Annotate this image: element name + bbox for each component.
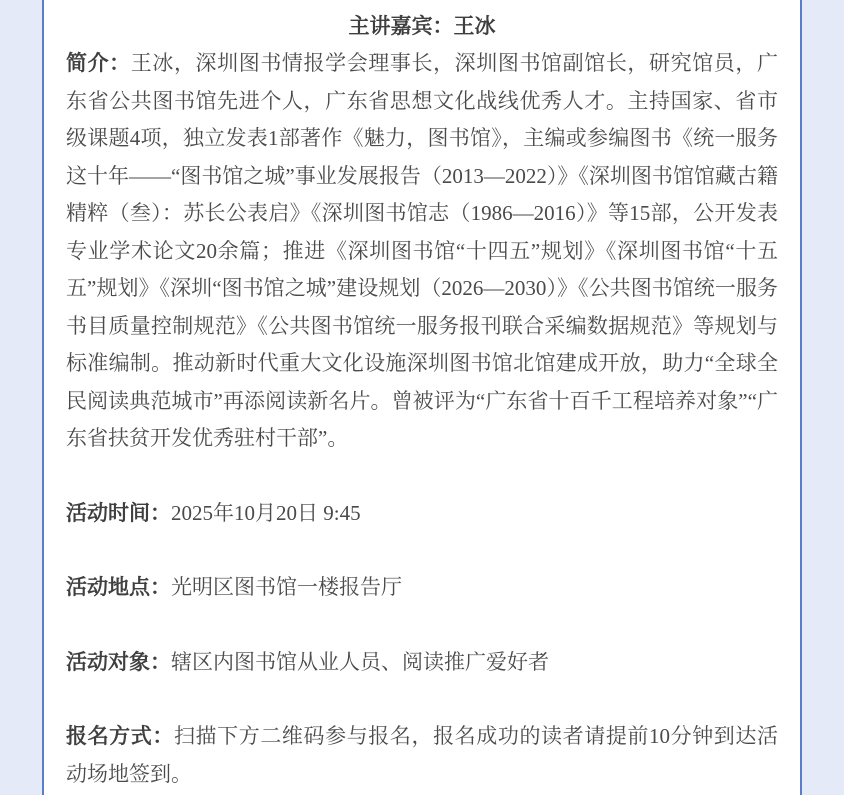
event-audience-section: 活动对象：辖区内图书馆从业人员、阅读推广爱好者 — [66, 644, 778, 682]
event-time-text: 2025年10月20日 9:45 — [171, 501, 361, 525]
article-content: 主讲嘉宾：王冰 简介：王冰，深圳图书情报学会理事长，深圳图书馆副馆长，研究馆员，… — [42, 0, 802, 795]
event-location-text: 光明区图书馆一楼报告厅 — [171, 575, 402, 599]
event-location-section: 活动地点：光明区图书馆一楼报告厅 — [66, 569, 778, 607]
intro-text: 王冰，深圳图书情报学会理事长，深圳图书馆副馆长，研究馆员，广东省公共图书馆先进个… — [66, 51, 778, 450]
registration-label: 报名方式： — [66, 724, 174, 748]
event-audience-label: 活动对象： — [66, 650, 171, 674]
event-audience-text: 辖区内图书馆从业人员、阅读推广爱好者 — [171, 650, 549, 674]
article-page: 主讲嘉宾：王冰 简介：王冰，深圳图书情报学会理事长，深圳图书馆副馆长，研究馆员，… — [0, 0, 844, 795]
event-time-label: 活动时间： — [66, 501, 171, 525]
page-title: 主讲嘉宾：王冰 — [66, 8, 778, 45]
event-time-section: 活动时间：2025年10月20日 9:45 — [66, 495, 778, 533]
event-location-label: 活动地点： — [66, 575, 171, 599]
registration-section: 报名方式：扫描下方二维码参与报名，报名成功的读者请提前10分钟到达活动场地签到。 — [66, 718, 778, 793]
intro-label: 简介： — [66, 51, 131, 75]
intro-section: 简介：王冰，深圳图书情报学会理事长，深圳图书馆副馆长，研究馆员，广东省公共图书馆… — [66, 45, 778, 458]
